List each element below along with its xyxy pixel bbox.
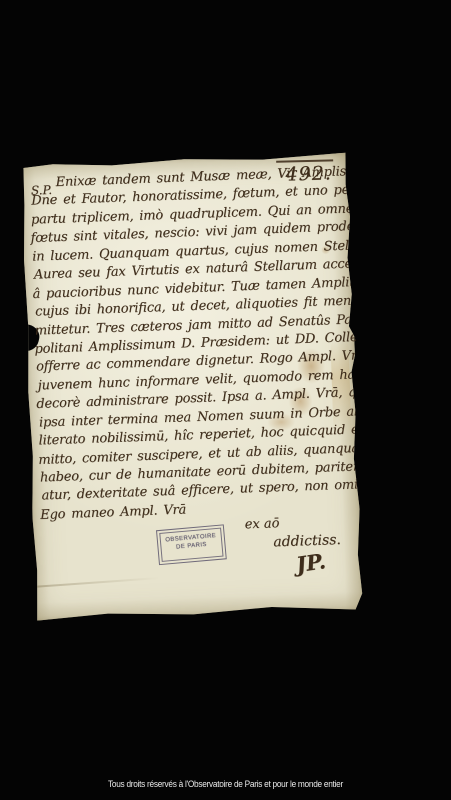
observatoire-stamp-text: OBSERVATOIRE DE PARIS (159, 528, 223, 562)
copyright-caption: Tous droits réservés à l'Observatoire de… (18, 779, 433, 789)
paper-crease (25, 577, 160, 588)
viewer-canvas: 492. S.P. Enixæ tandem sunt Musæ meæ, Vi… (0, 0, 451, 800)
observatoire-stamp: OBSERVATOIRE DE PARIS (156, 524, 227, 565)
signature-initials: JP. (294, 548, 327, 577)
letter-body: Enixæ tandem sunt Musæ meæ, Vir Amplissi… (29, 164, 357, 525)
closing-addictiss: addictiss. (273, 532, 341, 550)
closing-ex-animo: ex aō (244, 516, 279, 532)
manuscript-page: 492. S.P. Enixæ tandem sunt Musæ meæ, Vi… (20, 153, 364, 621)
